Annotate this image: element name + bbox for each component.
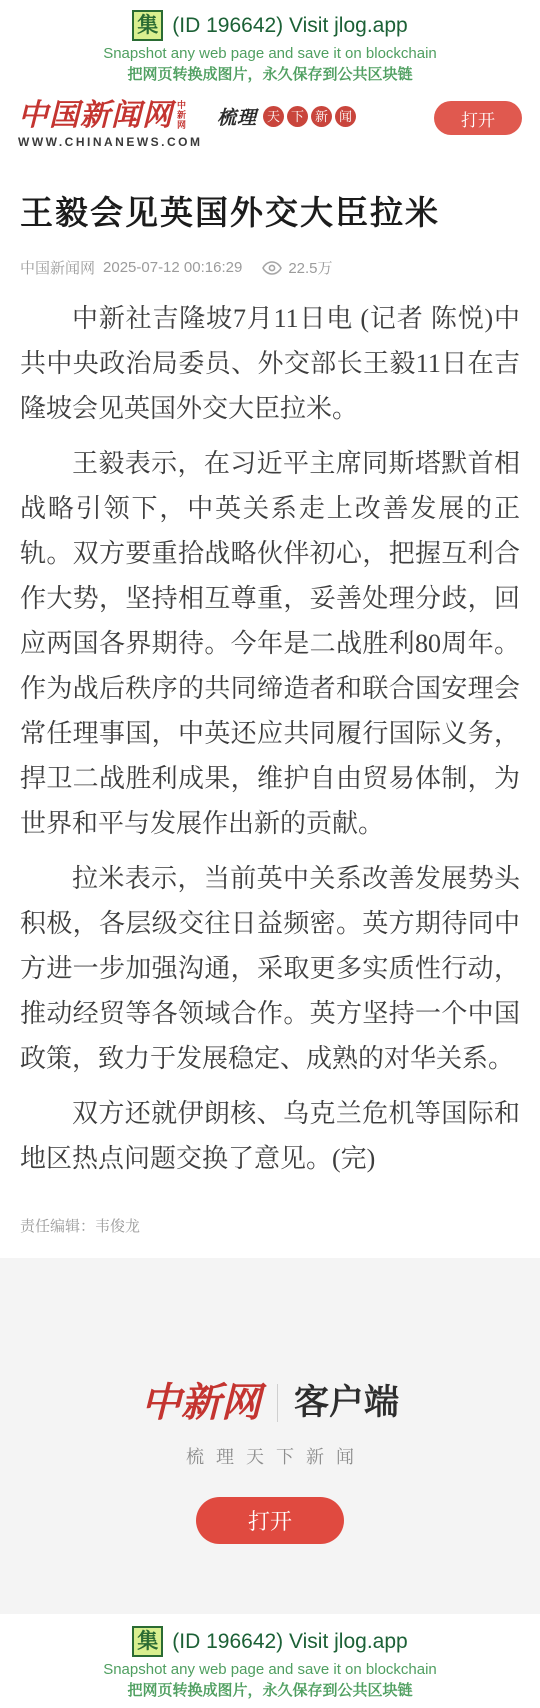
article-paragraph: 王毅表示，在习近平主席同斯塔默首相战略引领下，中英关系走上改善发展的正轨。双方要… bbox=[20, 441, 520, 846]
open-app-button-header[interactable]: 打开 bbox=[434, 101, 522, 135]
chinanews-logo-text: 中国新闻网 bbox=[18, 100, 173, 132]
chinanews-logo-side-text: 中新网 bbox=[176, 100, 185, 130]
article-paragraph: 中新社吉隆坡7月11日电 (记者 陈悦)中共中央政治局委员、外交部长王毅11日在… bbox=[20, 296, 520, 431]
seal-icon: 新 bbox=[311, 106, 332, 127]
blockchain-banner-bottom: 集 (ID 196642) Visit jlog.app Snapshot an… bbox=[0, 1614, 540, 1708]
view-count-value: 22.5万 bbox=[288, 257, 332, 278]
blockchain-banner-subtitle-en: Snapshot any web page and save it on blo… bbox=[0, 1661, 540, 1678]
open-app-button-footer[interactable]: 打开 bbox=[196, 1497, 344, 1544]
article-meta: 中国新闻网 2025-07-12 00:16:29 22.5万 bbox=[20, 257, 520, 278]
blockchain-banner-link-text: (ID 196642) Visit jlog.app bbox=[172, 14, 407, 38]
seal-icon: 下 bbox=[287, 106, 308, 127]
eye-icon bbox=[262, 261, 282, 275]
app-promo-slogan: 梳理天下新闻 bbox=[174, 1443, 366, 1469]
ji-badge-icon: 集 bbox=[132, 1626, 163, 1657]
app-promo-logo: 中新网 客户端 bbox=[141, 1383, 399, 1423]
blockchain-banner-subtitle-en: Snapshot any web page and save it on blo… bbox=[0, 45, 540, 62]
seal-icon: 闻 bbox=[335, 106, 356, 127]
article-title: 王毅会见英国外交大臣拉米 bbox=[20, 191, 520, 236]
blockchain-banner-subtitle-zh: 把网页转换成图片，永久保存到公共区块链 bbox=[0, 63, 540, 84]
article-datetime: 2025-07-12 00:16:29 bbox=[103, 259, 242, 276]
site-header: 中国新闻网 中新网 WWW.CHINANEWS.COM 梳理 天 下 新 闻 打… bbox=[0, 92, 540, 159]
article: 王毅会见英国外交大臣拉米 中国新闻网 2025-07-12 00:16:29 2… bbox=[0, 191, 540, 1237]
editor-line: 责任编辑：韦俊龙 bbox=[20, 1215, 520, 1236]
article-body: 中新社吉隆坡7月11日电 (记者 陈悦)中共中央政治局委员、外交部长王毅11日在… bbox=[20, 296, 520, 1181]
chinanews-logo[interactable]: 中国新闻网 中新网 WWW.CHINANEWS.COM bbox=[18, 100, 203, 149]
chinanews-logo-url: WWW.CHINANEWS.COM bbox=[18, 135, 203, 149]
app-client-label: 客户端 bbox=[294, 1385, 399, 1420]
header-slogan: 梳理 天 下 新 闻 bbox=[217, 103, 356, 130]
blockchain-banner-link[interactable]: 集 (ID 196642) Visit jlog.app bbox=[132, 1626, 407, 1657]
article-source: 中国新闻网 bbox=[20, 257, 95, 278]
chinanews-app-logo-text: 中新网 bbox=[141, 1383, 261, 1423]
app-promo-section: 中新网 客户端 梳理天下新闻 打开 bbox=[0, 1258, 540, 1614]
view-count: 22.5万 bbox=[262, 257, 332, 278]
article-paragraph: 拉米表示，当前英中关系改善发展势头积极，各层级交往日益频密。英方期待同中方进一步… bbox=[20, 856, 520, 1081]
ji-badge-icon: 集 bbox=[132, 10, 163, 41]
logo-divider bbox=[277, 1384, 278, 1422]
header-slogan-prefix: 梳理 bbox=[217, 103, 257, 130]
blockchain-banner-link[interactable]: 集 (ID 196642) Visit jlog.app bbox=[132, 10, 407, 41]
blockchain-banner-link-text: (ID 196642) Visit jlog.app bbox=[172, 1630, 407, 1654]
article-paragraph: 双方还就伊朗核、乌克兰危机等国际和地区热点问题交换了意见。(完) bbox=[20, 1091, 520, 1181]
seal-icon: 天 bbox=[263, 106, 284, 127]
blockchain-banner-subtitle-zh: 把网页转换成图片，永久保存到公共区块链 bbox=[0, 1679, 540, 1700]
blockchain-banner-top: 集 (ID 196642) Visit jlog.app Snapshot an… bbox=[0, 0, 540, 90]
